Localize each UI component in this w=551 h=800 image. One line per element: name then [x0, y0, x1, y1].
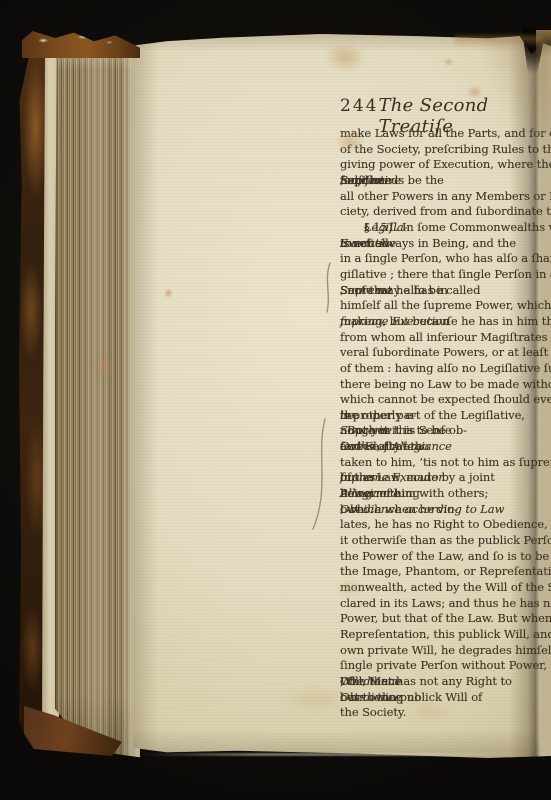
text-line: it otherwiſe than as the publick Perſon … — [340, 533, 551, 549]
text-line: ciety, derived from and ſubordinate to i… — [340, 204, 551, 220]
text-line: of the Society, preſcribing Rules to the… — [340, 142, 551, 158]
text-line: but as ſupreme Executor of the Law, made… — [340, 470, 551, 486]
next-section-marker: § 152. — [340, 726, 551, 741]
leather-top-corner — [22, 31, 140, 58]
text-line: Repreſentation, this publick Will, and a… — [340, 627, 551, 643]
foxing-stain — [443, 58, 454, 66]
text-line: § 151. In ſome Commonwealths where the L… — [340, 220, 551, 236]
book-photograph: 244 The Second Treatiſe Chap. XIII. make… — [0, 0, 551, 800]
text-line: ſerved, that tho Oaths of Allegiance and… — [340, 439, 551, 455]
text-line: nough in this Senſe Supreme. But yet it … — [340, 423, 551, 439]
text-line: giſlative ; there that ſingle Perſon in … — [340, 267, 551, 283]
text-line: all other Powers in any Members or Parts… — [340, 189, 551, 205]
text-line: Power of him with others; Allegiance bei… — [340, 486, 551, 502]
margin-pen-stroke — [327, 263, 330, 312]
margin-pen-stroke — [313, 419, 325, 529]
text-line: lates, he has no Right to Obedience, nor… — [340, 517, 551, 533]
page-number: 244 — [340, 96, 378, 116]
text-line: in a ſingle Perſon, who has alſo a ſhare… — [340, 251, 551, 267]
text-line: ſed, the Legiſlative muſt needs be the S… — [340, 173, 551, 189]
text-line: clared in its Laws; and thus he has no W… — [340, 596, 551, 612]
text-line: ſingle private Perſon without Power, and… — [340, 658, 551, 674]
text-line: own private Will, he degrades himſelf, a… — [340, 643, 551, 659]
text-line: making, but becauſe he has in him the ſu… — [340, 314, 551, 330]
text-line: giving power of Execution, where they ar… — [340, 157, 551, 173]
text-line: which cannot be expected ſhould ever ſub… — [340, 392, 551, 408]
text-line: taken to him, ’tis not to him as ſupreme… — [340, 455, 551, 471]
text-line: the Image, Phantom, or Repreſentative of… — [340, 564, 551, 580]
text-line: the Power of the Law, and ſo is to be co… — [340, 549, 551, 565]
text-line: Power, but that of the Law. But when he … — [340, 611, 551, 627]
foxing-stain — [324, 42, 366, 72]
text-line: bers owing no Obedience but to the publi… — [340, 690, 551, 706]
body-text: make Laws for all the Parts, and for eve… — [340, 126, 551, 721]
text-line: veral ſubordinate Powers, or at leaſt th… — [340, 345, 551, 361]
page-edges-stack — [55, 42, 140, 758]
book-page: 244 The Second Treatiſe Chap. XIII. make… — [133, 34, 551, 758]
text-line: the Society. — [340, 705, 551, 721]
running-header: 244 The Second Treatiſe Chap. XIII. — [340, 95, 551, 119]
text-line: make Laws for all the Parts, and for eve… — [340, 126, 551, 142]
text-line: there being no Law to be made without hi… — [340, 377, 551, 393]
bottom-edge-highlight — [142, 753, 530, 756]
text-line: Senſe may alſo be called Supreme, not th… — [340, 283, 551, 299]
text-line: of them : having alſo no Legiſlative ſup… — [340, 361, 551, 377]
text-line: Will, that has not any Right to Obedienc… — [340, 674, 551, 690]
top-edge-toning — [455, 36, 543, 47]
text-line: but Obedience according to Law, which wh… — [340, 502, 551, 518]
foxing-stain — [164, 288, 173, 298]
text-line: tive is not always in Being, and the Exe… — [340, 236, 551, 252]
text-line: the other part of the Legiſlative, he is… — [340, 408, 551, 424]
text-line: monwealth, acted by the Will of the Soci… — [340, 580, 551, 596]
text-line: himſelf all the ſupreme Power, which is … — [340, 298, 551, 314]
text-line: from whom all inferiour Magiſtrates deri… — [340, 330, 551, 346]
